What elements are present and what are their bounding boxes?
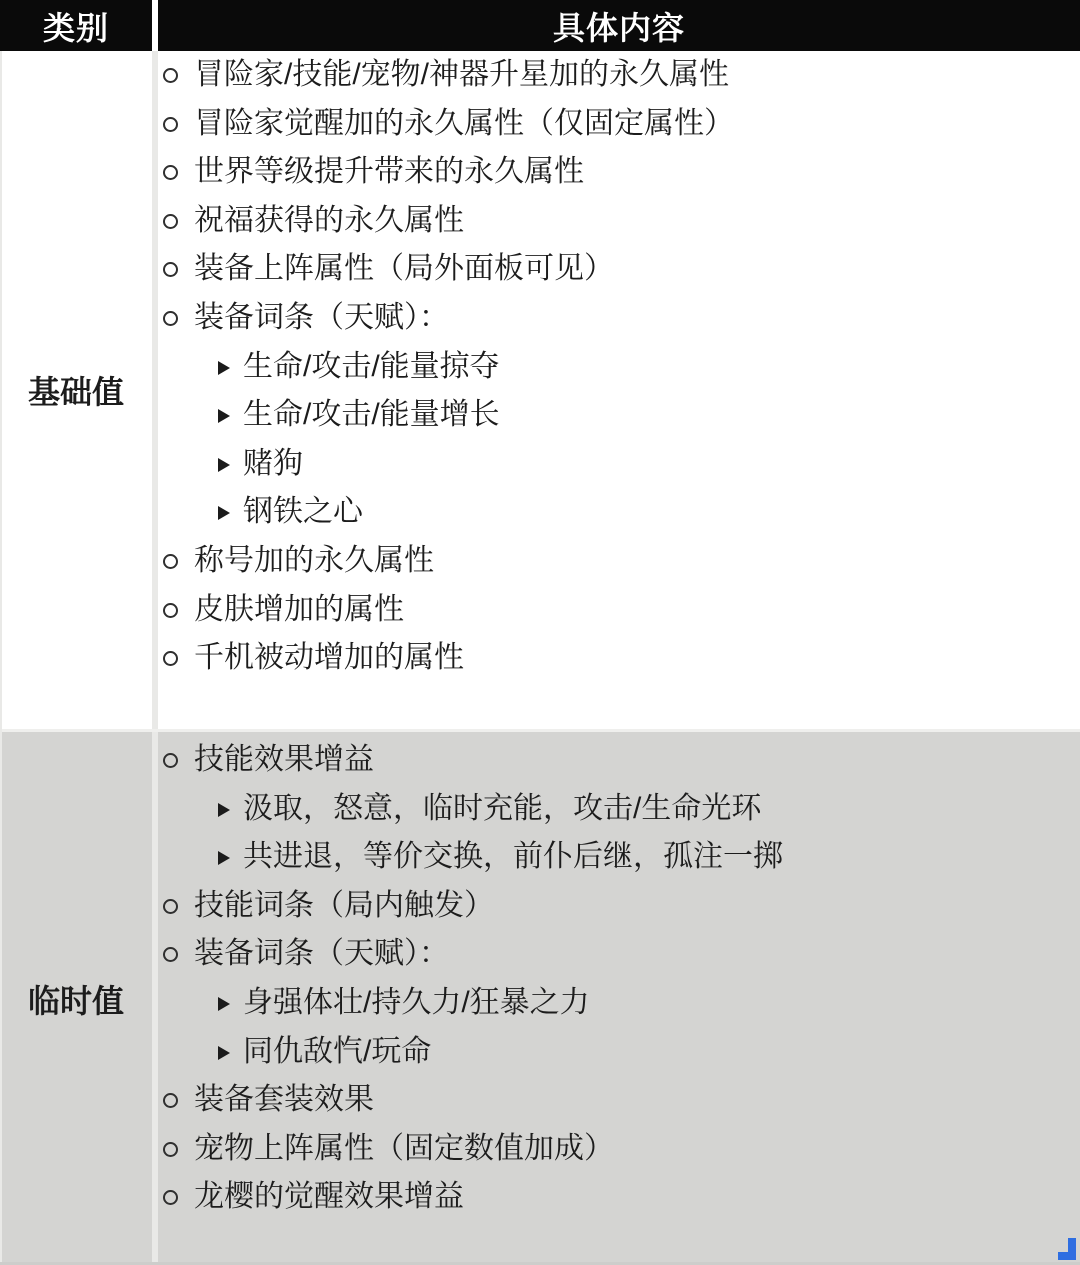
list-item-text: 同仇敌忾/玩命	[243, 1028, 431, 1077]
triangle-bullet-icon	[218, 458, 230, 472]
category-label: 临时值	[28, 976, 124, 1022]
table-row: 基础值冒险家/技能/宠物/神器升星加的永久属性冒险家觉醒加的永久属性（仅固定属性…	[0, 51, 1080, 729]
circle-bullet-icon	[163, 947, 178, 962]
list-item: 钢铁之心	[158, 488, 1080, 537]
list-item-text: 装备词条（天赋）：	[194, 294, 449, 343]
triangle-bullet-icon	[218, 803, 230, 817]
list-item-text: 生命/攻击/能量掠夺	[243, 343, 500, 392]
attribute-category-table: 类别 具体内容 基础值冒险家/技能/宠物/神器升星加的永久属性冒险家觉醒加的永久…	[0, 0, 1080, 1265]
list-item-text: 钢铁之心	[243, 488, 363, 537]
circle-bullet-icon	[163, 117, 178, 132]
table-row: 临时值技能效果增益汲取，怒意，临时充能，攻击/生命光环共进退，等价交换，前仆后继…	[0, 732, 1080, 1265]
header-cell-content: 具体内容	[158, 0, 1080, 51]
list-item-text: 装备上阵属性（局外面板可见）	[194, 245, 614, 294]
list-item-text: 皮肤增加的属性	[194, 586, 404, 635]
category-label: 基础值	[28, 367, 124, 413]
list-item-text: 装备套装效果	[194, 1076, 374, 1125]
list-item-text: 宠物上阵属性（固定数值加成）	[194, 1125, 614, 1174]
category-cell: 临时值	[0, 732, 152, 1265]
content-cell: 技能效果增益汲取，怒意，临时充能，攻击/生命光环共进退，等价交换，前仆后继，孤注…	[158, 732, 1080, 1265]
circle-bullet-icon	[163, 603, 178, 618]
triangle-bullet-icon	[218, 851, 230, 865]
list-item: 世界等级提升带来的永久属性	[158, 148, 1080, 197]
list-item: 祝福获得的永久属性	[158, 197, 1080, 246]
list-item-text: 汲取，怒意，临时充能，攻击/生命光环	[243, 785, 761, 834]
list-item: 同仇敌忾/玩命	[158, 1028, 1080, 1077]
list-item: 称号加的永久属性	[158, 537, 1080, 586]
list-item: 生命/攻击/能量增长	[158, 391, 1080, 440]
table-resize-handle[interactable]	[1058, 1238, 1076, 1260]
list-item-text: 赌狗	[243, 440, 303, 489]
list-item-text: 冒险家/技能/宠物/神器升星加的永久属性	[194, 51, 729, 100]
list-item: 汲取，怒意，临时充能，攻击/生命光环	[158, 785, 1080, 834]
list-item-text: 生命/攻击/能量增长	[243, 391, 500, 440]
list-item-text: 冒险家觉醒加的永久属性（仅固定属性）	[194, 100, 734, 149]
list-item: 龙樱的觉醒效果增益	[158, 1173, 1080, 1222]
circle-bullet-icon	[163, 753, 178, 768]
list-item-text: 称号加的永久属性	[194, 537, 434, 586]
list-item: 赌狗	[158, 440, 1080, 489]
circle-bullet-icon	[163, 1142, 178, 1157]
list-item: 装备套装效果	[158, 1076, 1080, 1125]
header-cell-category: 类别	[0, 0, 152, 51]
list-item: 共进退，等价交换，前仆后继，孤注一掷	[158, 833, 1080, 882]
content-list: 冒险家/技能/宠物/神器升星加的永久属性冒险家觉醒加的永久属性（仅固定属性）世界…	[158, 51, 1080, 683]
category-cell: 基础值	[0, 51, 152, 729]
circle-bullet-icon	[163, 262, 178, 277]
circle-bullet-icon	[163, 1190, 178, 1205]
circle-bullet-icon	[163, 651, 178, 666]
list-item: 装备词条（天赋）：	[158, 294, 1080, 343]
list-item-text: 世界等级提升带来的永久属性	[194, 148, 584, 197]
list-item: 皮肤增加的属性	[158, 586, 1080, 635]
circle-bullet-icon	[163, 899, 178, 914]
list-item: 冒险家/技能/宠物/神器升星加的永久属性	[158, 51, 1080, 100]
triangle-bullet-icon	[218, 506, 230, 520]
list-item: 装备上阵属性（局外面板可见）	[158, 245, 1080, 294]
circle-bullet-icon	[163, 214, 178, 229]
list-item-text: 龙樱的觉醒效果增益	[194, 1173, 464, 1222]
list-item-text: 装备词条（天赋）：	[194, 930, 449, 979]
list-item-text: 技能词条（局内触发）	[194, 882, 494, 931]
list-item: 装备词条（天赋）：	[158, 930, 1080, 979]
circle-bullet-icon	[163, 1093, 178, 1108]
list-item-text: 祝福获得的永久属性	[194, 197, 464, 246]
triangle-bullet-icon	[218, 997, 230, 1011]
list-item: 生命/攻击/能量掠夺	[158, 343, 1080, 392]
table-header-row: 类别 具体内容	[0, 0, 1080, 51]
list-item: 技能词条（局内触发）	[158, 882, 1080, 931]
list-item-text: 技能效果增益	[194, 736, 374, 785]
list-item-text: 共进退，等价交换，前仆后继，孤注一掷	[243, 833, 783, 882]
circle-bullet-icon	[163, 165, 178, 180]
circle-bullet-icon	[163, 311, 178, 326]
triangle-bullet-icon	[218, 409, 230, 423]
list-item-text: 身强体壮/持久力/狂暴之力	[243, 979, 590, 1028]
list-item: 千机被动增加的属性	[158, 634, 1080, 683]
circle-bullet-icon	[163, 554, 178, 569]
content-cell: 冒险家/技能/宠物/神器升星加的永久属性冒险家觉醒加的永久属性（仅固定属性）世界…	[158, 51, 1080, 729]
triangle-bullet-icon	[218, 361, 230, 375]
circle-bullet-icon	[163, 68, 178, 83]
list-item: 宠物上阵属性（固定数值加成）	[158, 1125, 1080, 1174]
content-list: 技能效果增益汲取，怒意，临时充能，攻击/生命光环共进退，等价交换，前仆后继，孤注…	[158, 732, 1080, 1222]
triangle-bullet-icon	[218, 1046, 230, 1060]
list-item-text: 千机被动增加的属性	[194, 634, 464, 683]
list-item: 技能效果增益	[158, 736, 1080, 785]
list-item: 冒险家觉醒加的永久属性（仅固定属性）	[158, 100, 1080, 149]
list-item: 身强体壮/持久力/狂暴之力	[158, 979, 1080, 1028]
